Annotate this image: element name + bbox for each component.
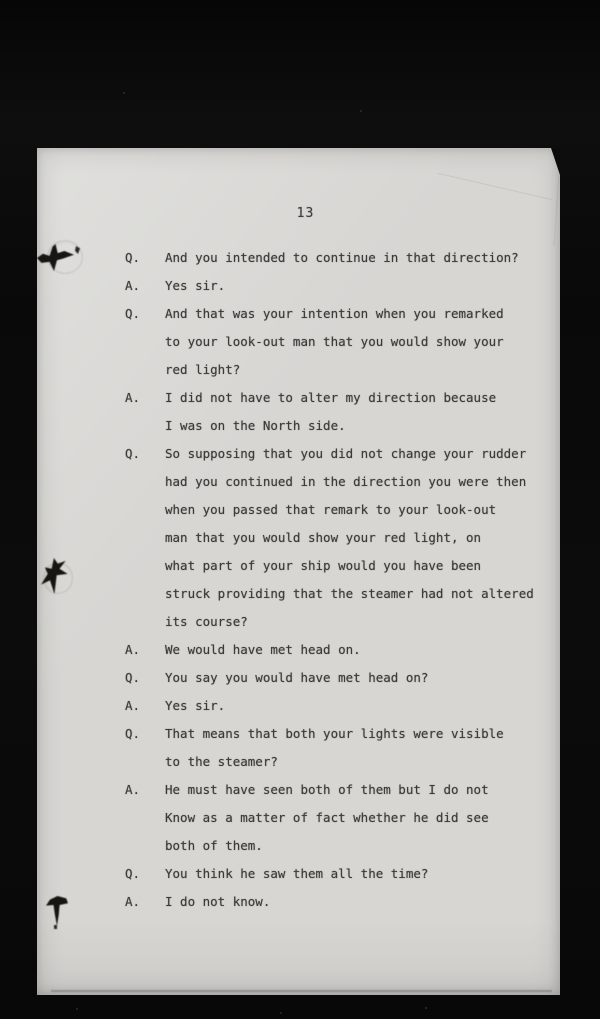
qa-text: He must have seen both of them but I do … bbox=[165, 776, 555, 860]
page-edge-shadow bbox=[51, 990, 552, 992]
dust-speck bbox=[76, 1008, 78, 1010]
qa-text: So supposing that you did not change you… bbox=[165, 440, 555, 636]
tear-mark bbox=[46, 896, 68, 926]
page-number: 13 bbox=[37, 206, 560, 221]
qa-entry: A.I do not know. bbox=[125, 888, 555, 916]
speaker-label: Q. bbox=[125, 300, 165, 328]
page-corner-fold bbox=[551, 148, 560, 175]
speaker-label: Q. bbox=[125, 440, 165, 468]
punch-hole-tear-icon bbox=[46, 896, 70, 930]
qa-entry: A.He must have seen both of them but I d… bbox=[125, 776, 555, 860]
speaker-label: A. bbox=[125, 636, 165, 664]
qa-text: I did not have to alter my direction bec… bbox=[165, 384, 555, 440]
qa-text: And you intended to continue in that dir… bbox=[165, 244, 555, 272]
speaker-label: A. bbox=[125, 888, 165, 916]
qa-text: And that was your intention when you rem… bbox=[165, 300, 555, 384]
tear-fleck bbox=[54, 925, 57, 929]
qa-entry: A.Yes sir. bbox=[125, 272, 555, 300]
qa-text: Yes sir. bbox=[165, 272, 555, 300]
qa-entry: Q.You say you would have met head on? bbox=[125, 664, 555, 692]
document-page: 13 Q.And you intended to continue in tha… bbox=[37, 148, 560, 995]
qa-text: That means that both your lights were vi… bbox=[165, 720, 555, 776]
speaker-label: A. bbox=[125, 776, 165, 804]
qa-text: You think he saw them all the time? bbox=[165, 860, 555, 888]
speaker-label: A. bbox=[125, 272, 165, 300]
scanner-background: 13 Q.And you intended to continue in tha… bbox=[0, 0, 600, 1019]
qa-entry: Q.So supposing that you did not change y… bbox=[125, 440, 555, 636]
qa-entry: A.Yes sir. bbox=[125, 692, 555, 720]
speaker-label: A. bbox=[125, 692, 165, 720]
qa-entry: Q.That means that both your lights were … bbox=[125, 720, 555, 776]
qa-text: I do not know. bbox=[165, 888, 555, 916]
speaker-label: Q. bbox=[125, 244, 165, 272]
qa-text: We would have met head on. bbox=[165, 636, 555, 664]
qa-text: Yes sir. bbox=[165, 692, 555, 720]
dust-speck bbox=[360, 110, 362, 112]
punch-hole-tear-icon bbox=[37, 240, 83, 274]
speaker-label: Q. bbox=[125, 860, 165, 888]
speaker-label: Q. bbox=[125, 664, 165, 692]
qa-entry: Q.And you intended to continue in that d… bbox=[125, 244, 555, 272]
qa-entry: Q.And that was your intention when you r… bbox=[125, 300, 555, 384]
qa-entry: A.We would have met head on. bbox=[125, 636, 555, 664]
qa-entry: A.I did not have to alter my direction b… bbox=[125, 384, 555, 440]
speaker-label: A. bbox=[125, 384, 165, 412]
dust-speck bbox=[123, 92, 125, 94]
paper-crease bbox=[437, 173, 552, 201]
qa-text: You say you would have met head on? bbox=[165, 664, 555, 692]
dust-speck bbox=[425, 1007, 427, 1009]
dust-speck bbox=[280, 1012, 282, 1014]
speaker-label: Q. bbox=[125, 720, 165, 748]
transcript: Q.And you intended to continue in that d… bbox=[125, 244, 555, 916]
qa-entry: Q.You think he saw them all the time? bbox=[125, 860, 555, 888]
punch-hole-tear-icon bbox=[41, 558, 71, 596]
